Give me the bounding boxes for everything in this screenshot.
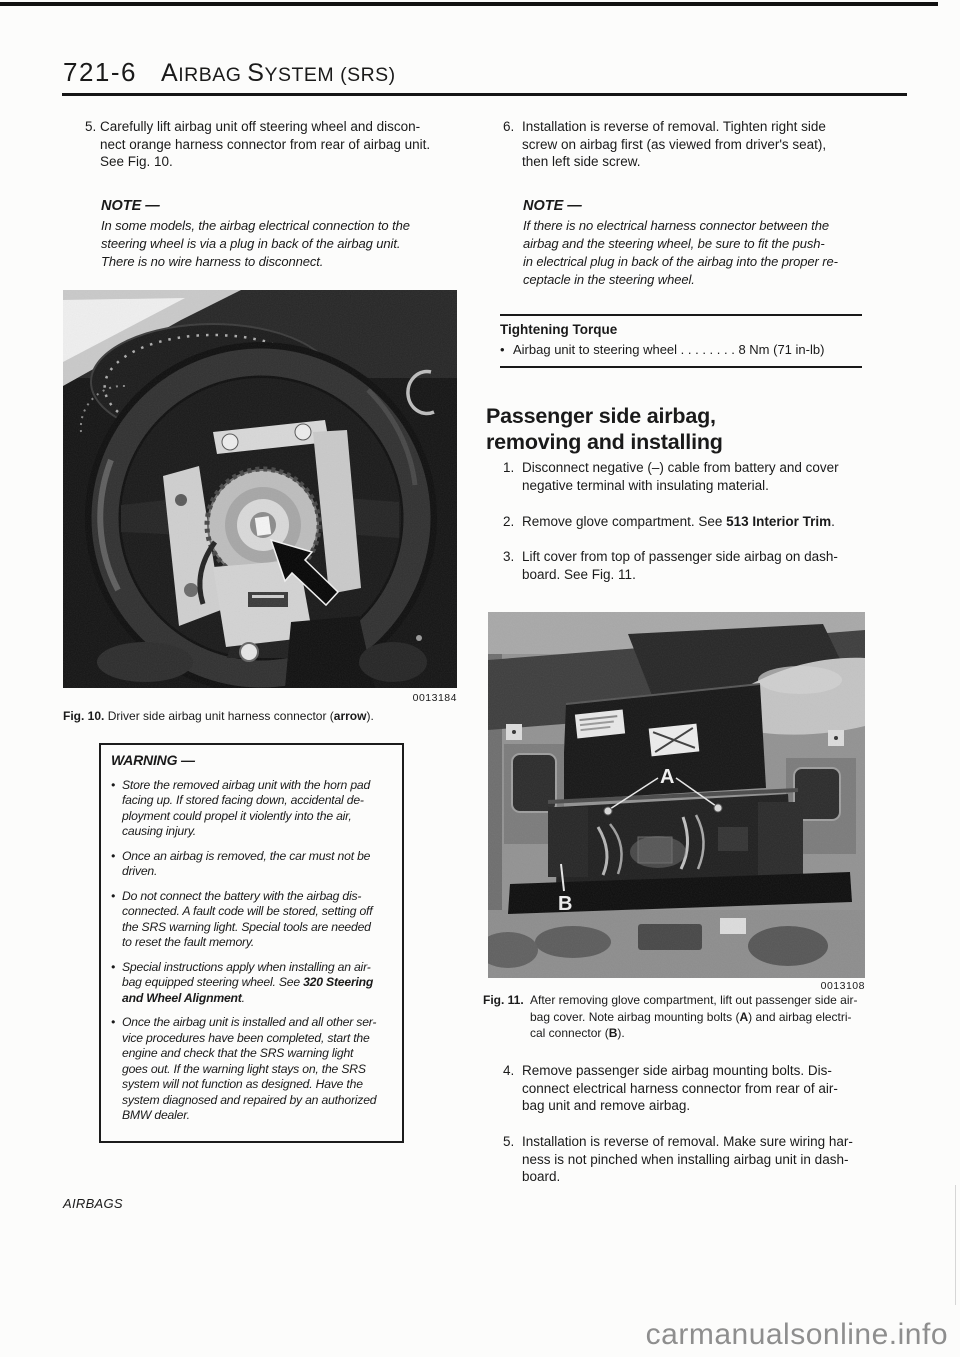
page-top-scan-line [0,2,938,6]
warning-text: Store the removed airbag unit with the h… [122,778,370,839]
step-text: Lift cover from top of passenger side ai… [522,549,838,582]
warning-bullet: •Do not connect the battery with the air… [111,889,396,951]
bullet-icon: • [500,342,505,357]
title-part: YSTEM [264,64,340,86]
figure-label: Fig. 11. [483,992,530,1042]
note-body: In some models, the airbag electrical co… [101,217,469,271]
torque-item: •Airbag unit to steering wheel . . . . .… [500,342,862,357]
cross-reference: 513 Interior Trim [726,514,831,529]
photo-id: 0013184 [63,692,457,704]
photo-id: 0013108 [488,980,865,992]
warning-bullet: •Special instructions apply when install… [111,960,396,1007]
step-text: Disconnect negative (–) cable from batte… [522,460,839,493]
step-text: Remove glove compartment. See [522,514,726,529]
step-number: 5. [503,1133,514,1151]
bullet-icon: • [111,889,115,905]
torque-value: Airbag unit to steering wheel . . . . . … [513,342,824,357]
scan-grain-overlay [488,612,865,978]
bullet-icon: • [111,778,115,794]
warning-text: Once the airbag unit is installed and al… [122,1015,376,1122]
procedure-step: 1.Disconnect negative (–) cable from bat… [503,459,924,494]
page-title: AIRBAG SYSTEM (SRS) [161,68,396,85]
note-body: If there is no electrical harness connec… [523,217,915,289]
step-text: Carefully lift airbag unit off steering … [100,119,430,169]
warning-bullet: •Once the airbag unit is installed and a… [111,1015,396,1124]
procedure-step: 2.Remove glove compartment. See 513 Inte… [503,513,924,531]
step-number: 5. [85,118,96,136]
step-number: 4. [503,1062,514,1080]
note-label: NOTE — [523,198,915,214]
page-header: 721-6AIRBAG SYSTEM (SRS) [63,57,396,88]
step-text: Remove passenger side airbag mounting bo… [522,1063,838,1113]
manual-page: 721-6AIRBAG SYSTEM (SRS) 5.Carefully lif… [0,0,960,1357]
bullet-icon: • [111,849,115,865]
header-rule [62,93,907,96]
fig11-caption: Fig. 11. After removing glove compartmen… [483,992,908,1042]
bullet-icon: • [111,960,115,976]
fig10-caption: Fig. 10. Driver side airbag unit harness… [63,708,467,725]
step-text: Installation is reverse of removal. Make… [522,1134,853,1184]
bullet-icon: • [111,1015,115,1031]
scan-grain-overlay [63,290,457,688]
note-block: NOTE — In some models, the airbag electr… [101,198,469,271]
warning-bullet: •Once an airbag is removed, the car must… [111,849,396,880]
procedure-step: 6.Installation is reverse of removal. Ti… [503,118,924,171]
step-number: 6. [503,118,514,136]
step-text: Installation is reverse of removal. Tigh… [522,119,826,169]
fig11-photo-passenger-airbag: A B [488,612,865,978]
warning-bullet: •Store the removed airbag unit with the … [111,778,396,840]
torque-title: Tightening Torque [500,322,862,337]
page-footer-section: AIRBAGS [63,1196,123,1211]
procedure-step: 3.Lift cover from top of passenger side … [503,548,924,583]
warning-box: WARNING — •Store the removed airbag unit… [99,743,404,1143]
warning-text: Once an airbag is removed, the car must … [122,849,370,879]
step-number: 3. [503,548,514,566]
step-number: 2. [503,513,514,531]
fig10-photo-steering-wheel [63,290,457,688]
title-part: A [161,59,178,87]
figure-label: Fig. 10. [63,709,104,723]
torque-spec-block: Tightening Torque •Airbag unit to steeri… [500,314,862,368]
section-number: 721-6 [63,57,137,87]
title-part: IRBAG [178,64,247,86]
title-part: S [247,59,264,87]
caption-text: After removing glove compartment, lift o… [530,992,857,1042]
procedure-step: 4.Remove passenger side airbag mounting … [503,1062,924,1115]
warning-text: Do not connect the battery with the airb… [122,889,372,950]
note-label: NOTE — [101,198,469,214]
title-part: (SRS) [340,64,396,86]
watermark: carmanualsonline.info [578,1318,948,1352]
section-heading: Passenger side airbag, removing and inst… [486,403,906,455]
scan-edge-artifact [955,1185,956,1305]
step-number: 1. [503,459,514,477]
procedure-step: 5.Carefully lift airbag unit off steerin… [85,118,492,171]
note-block: NOTE — If there is no electrical harness… [523,198,915,289]
procedure-step: 5.Installation is reverse of removal. Ma… [503,1133,924,1186]
warning-label: WARNING — [111,753,396,769]
